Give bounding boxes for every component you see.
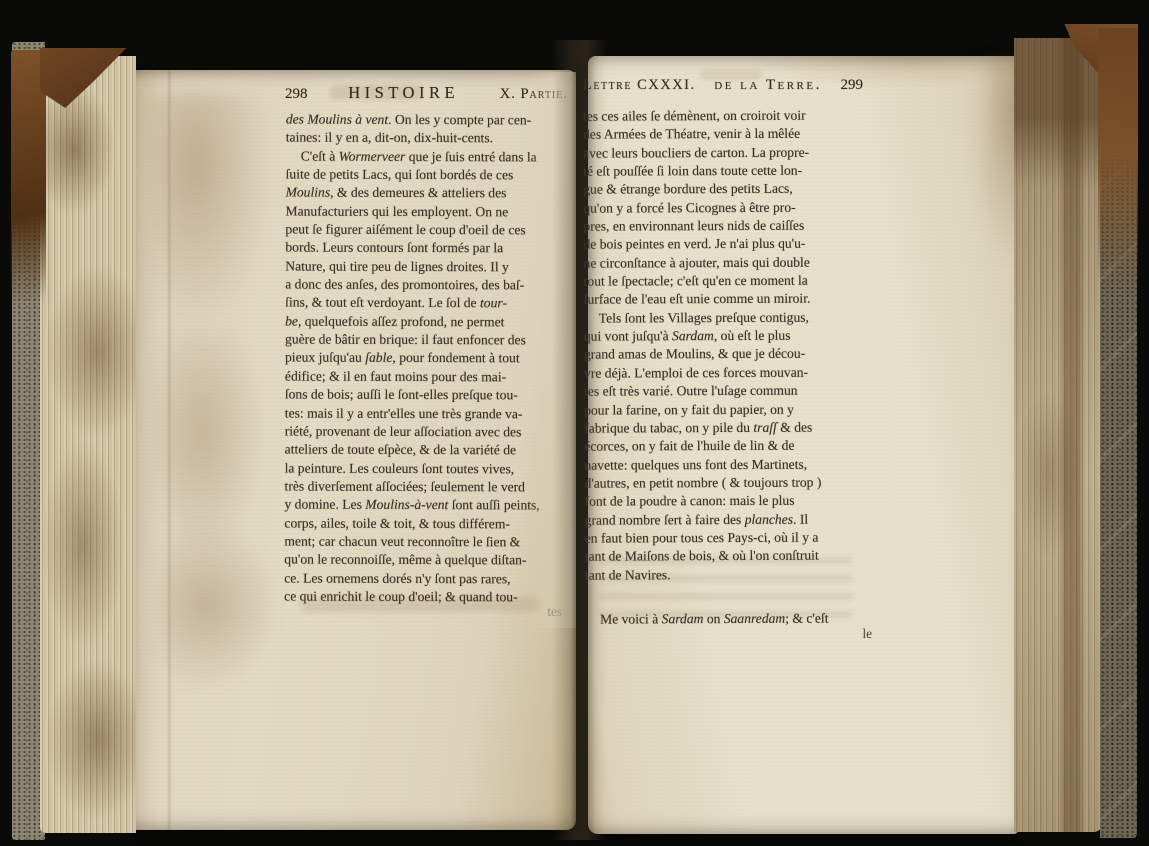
text-line: grand nombre ſert à faire des planches. … (585, 510, 875, 530)
text-line: bords. Leurs contours ſont formés par la (285, 239, 567, 258)
text-line: C'eſt à Wormerveer que je ſuis entré dan… (286, 147, 568, 166)
text-line: vre déjà. L'emploi de ces forces mouvan- (584, 363, 874, 383)
text-line: grand amas de Moulins, & que je décou- (584, 345, 874, 365)
text-line: ne circonſtance à ajouter, mais qui doub… (584, 253, 874, 273)
text-line: tes eſt très varié. Outre l'uſage commun (584, 382, 874, 402)
text-line: édifice; & il en faut moins pour des mai… (285, 367, 567, 386)
left-page-edges (40, 56, 136, 833)
text-line: ment; car chacun veut reconnoître le ſie… (284, 532, 566, 551)
text-line: très diverſement aſſociées; ſeulement le… (285, 477, 567, 496)
right-page-number: 299 (841, 77, 864, 94)
text-line: be, quelquefois aſſez profond, ne permet (285, 312, 567, 331)
text-line: pres, en environnant leurs nids de caiſſ… (583, 216, 873, 236)
text-line: avec leurs boucliers de carton. La propr… (583, 143, 873, 163)
left-running-header: 298 HISTOIRE X. Partie. (285, 83, 568, 103)
text-line: d'autres, en petit nombre ( & toujours t… (584, 473, 874, 493)
text-line: qui vont juſqu'à Sardam, où eſt le plus (584, 326, 874, 346)
text-line: ce. Les ornemens dorés n'y ſont pas rare… (284, 569, 566, 588)
text-line: font de la poudre à canon: mais le plus (585, 492, 875, 512)
left-page-text: des Moulins à vent. On les y compte par … (284, 111, 568, 607)
text-line: tes: mais il y a entr'elles une très gra… (285, 404, 567, 423)
right-running-header: Lettre CXXXI. de la Terre. 299 (583, 77, 863, 94)
text-line: Manufacturiers qui les employent. On ne (285, 202, 567, 221)
text-line: écorces, on y fait de l'huile de lin & d… (584, 437, 874, 457)
text-line: tout le ſpectacle; c'eſt qu'en ce moment… (584, 271, 874, 291)
text-line: guère de bâtir en brique: il faut enfonc… (285, 331, 567, 350)
book-photo: 298 HISTOIRE X. Partie. des Moulins à ve… (0, 0, 1149, 846)
text-line: Nature, qui tire peu de lignes droites. … (285, 257, 567, 276)
text-line: navette: quelques uns font des Martinets… (584, 455, 874, 475)
text-line: tant de Navires. (585, 565, 875, 585)
text-line: tant de Maiſons de bois, & où l'on conſt… (585, 547, 875, 567)
text-line: tes ces ailes ſe démènent, on croiroit v… (583, 106, 873, 126)
text-line: fabrique du tabac, on y pile du traſſ & … (584, 418, 874, 438)
text-line: pieux juſqu'au ſable, pour fondement à t… (285, 349, 567, 368)
left-page-number: 298 (285, 86, 308, 103)
right-catchword: le (584, 626, 872, 642)
text-line: riété, provenant de leur aſſociation ave… (285, 422, 567, 441)
text-line: atteliers de toute eſpèce, & de la varié… (285, 441, 567, 460)
text-line: des Moulins à vent. On les y compte par … (286, 111, 568, 130)
text-line: des Armées de Théatre, venir à la mêlée (583, 125, 873, 145)
text-line: ſons de bois; auſſi le ſont-elles preſqu… (285, 386, 567, 405)
text-line: taines: il y en a, dit-on, dix-huit-cent… (286, 129, 568, 148)
text-line: pour la farine, on y fait du papier, on … (584, 400, 874, 420)
right-running-part: de la Terre. (714, 77, 822, 94)
text-line: ſuite de petits Lacs, qui ſont bordés de… (286, 166, 568, 185)
text-line: en faut bien pour tous ces Pays-ci, où i… (585, 528, 875, 548)
text-line: corps, ailes, toile & toit, & tous diffé… (284, 514, 566, 533)
text-line: a donc des anſes, des promontoires, des … (285, 276, 567, 295)
text-line: de bois peintes en verd. Je n'ai plus qu… (583, 235, 873, 255)
text-line: gue & étrange bordure des petits Lacs, (583, 180, 873, 200)
text-line: qu'on y a forcé les Cicognes à être pro- (583, 198, 873, 218)
right-leather-spine-strip (1098, 28, 1138, 290)
right-running-title: Lettre CXXXI. (583, 77, 696, 94)
text-line: ſins, & tout eſt verdoyant. Le ſol de to… (285, 294, 567, 313)
text-line: qu'on le reconnoiſſe, même à quelque diſ… (284, 551, 566, 570)
text-line: Moulins, & des demeures & atteliers des (286, 184, 568, 203)
text-line: la peinture. Les couleurs ſont toutes vi… (285, 459, 567, 478)
left-running-title: HISTOIRE (348, 83, 459, 103)
right-page-text: tes ces ailes ſe démènent, on croiroit v… (583, 106, 875, 629)
right-page-edges (1014, 38, 1102, 832)
left-running-part: X. Partie. (500, 86, 568, 103)
text-line: ſurface de l'eau eſt unie comme un miroi… (584, 290, 874, 310)
left-catchword: tes (285, 604, 562, 620)
text-line: y domine. Les Moulins-à-vent ſont auſſi … (284, 496, 566, 515)
text-line: té eſt pouſſée ſi loin dans toute cette … (583, 161, 873, 181)
text-line: peut ſe figurer aiſément le coup d'oeil … (285, 221, 567, 240)
text-line: Tels ſont les Villages preſque contigus, (584, 308, 874, 328)
